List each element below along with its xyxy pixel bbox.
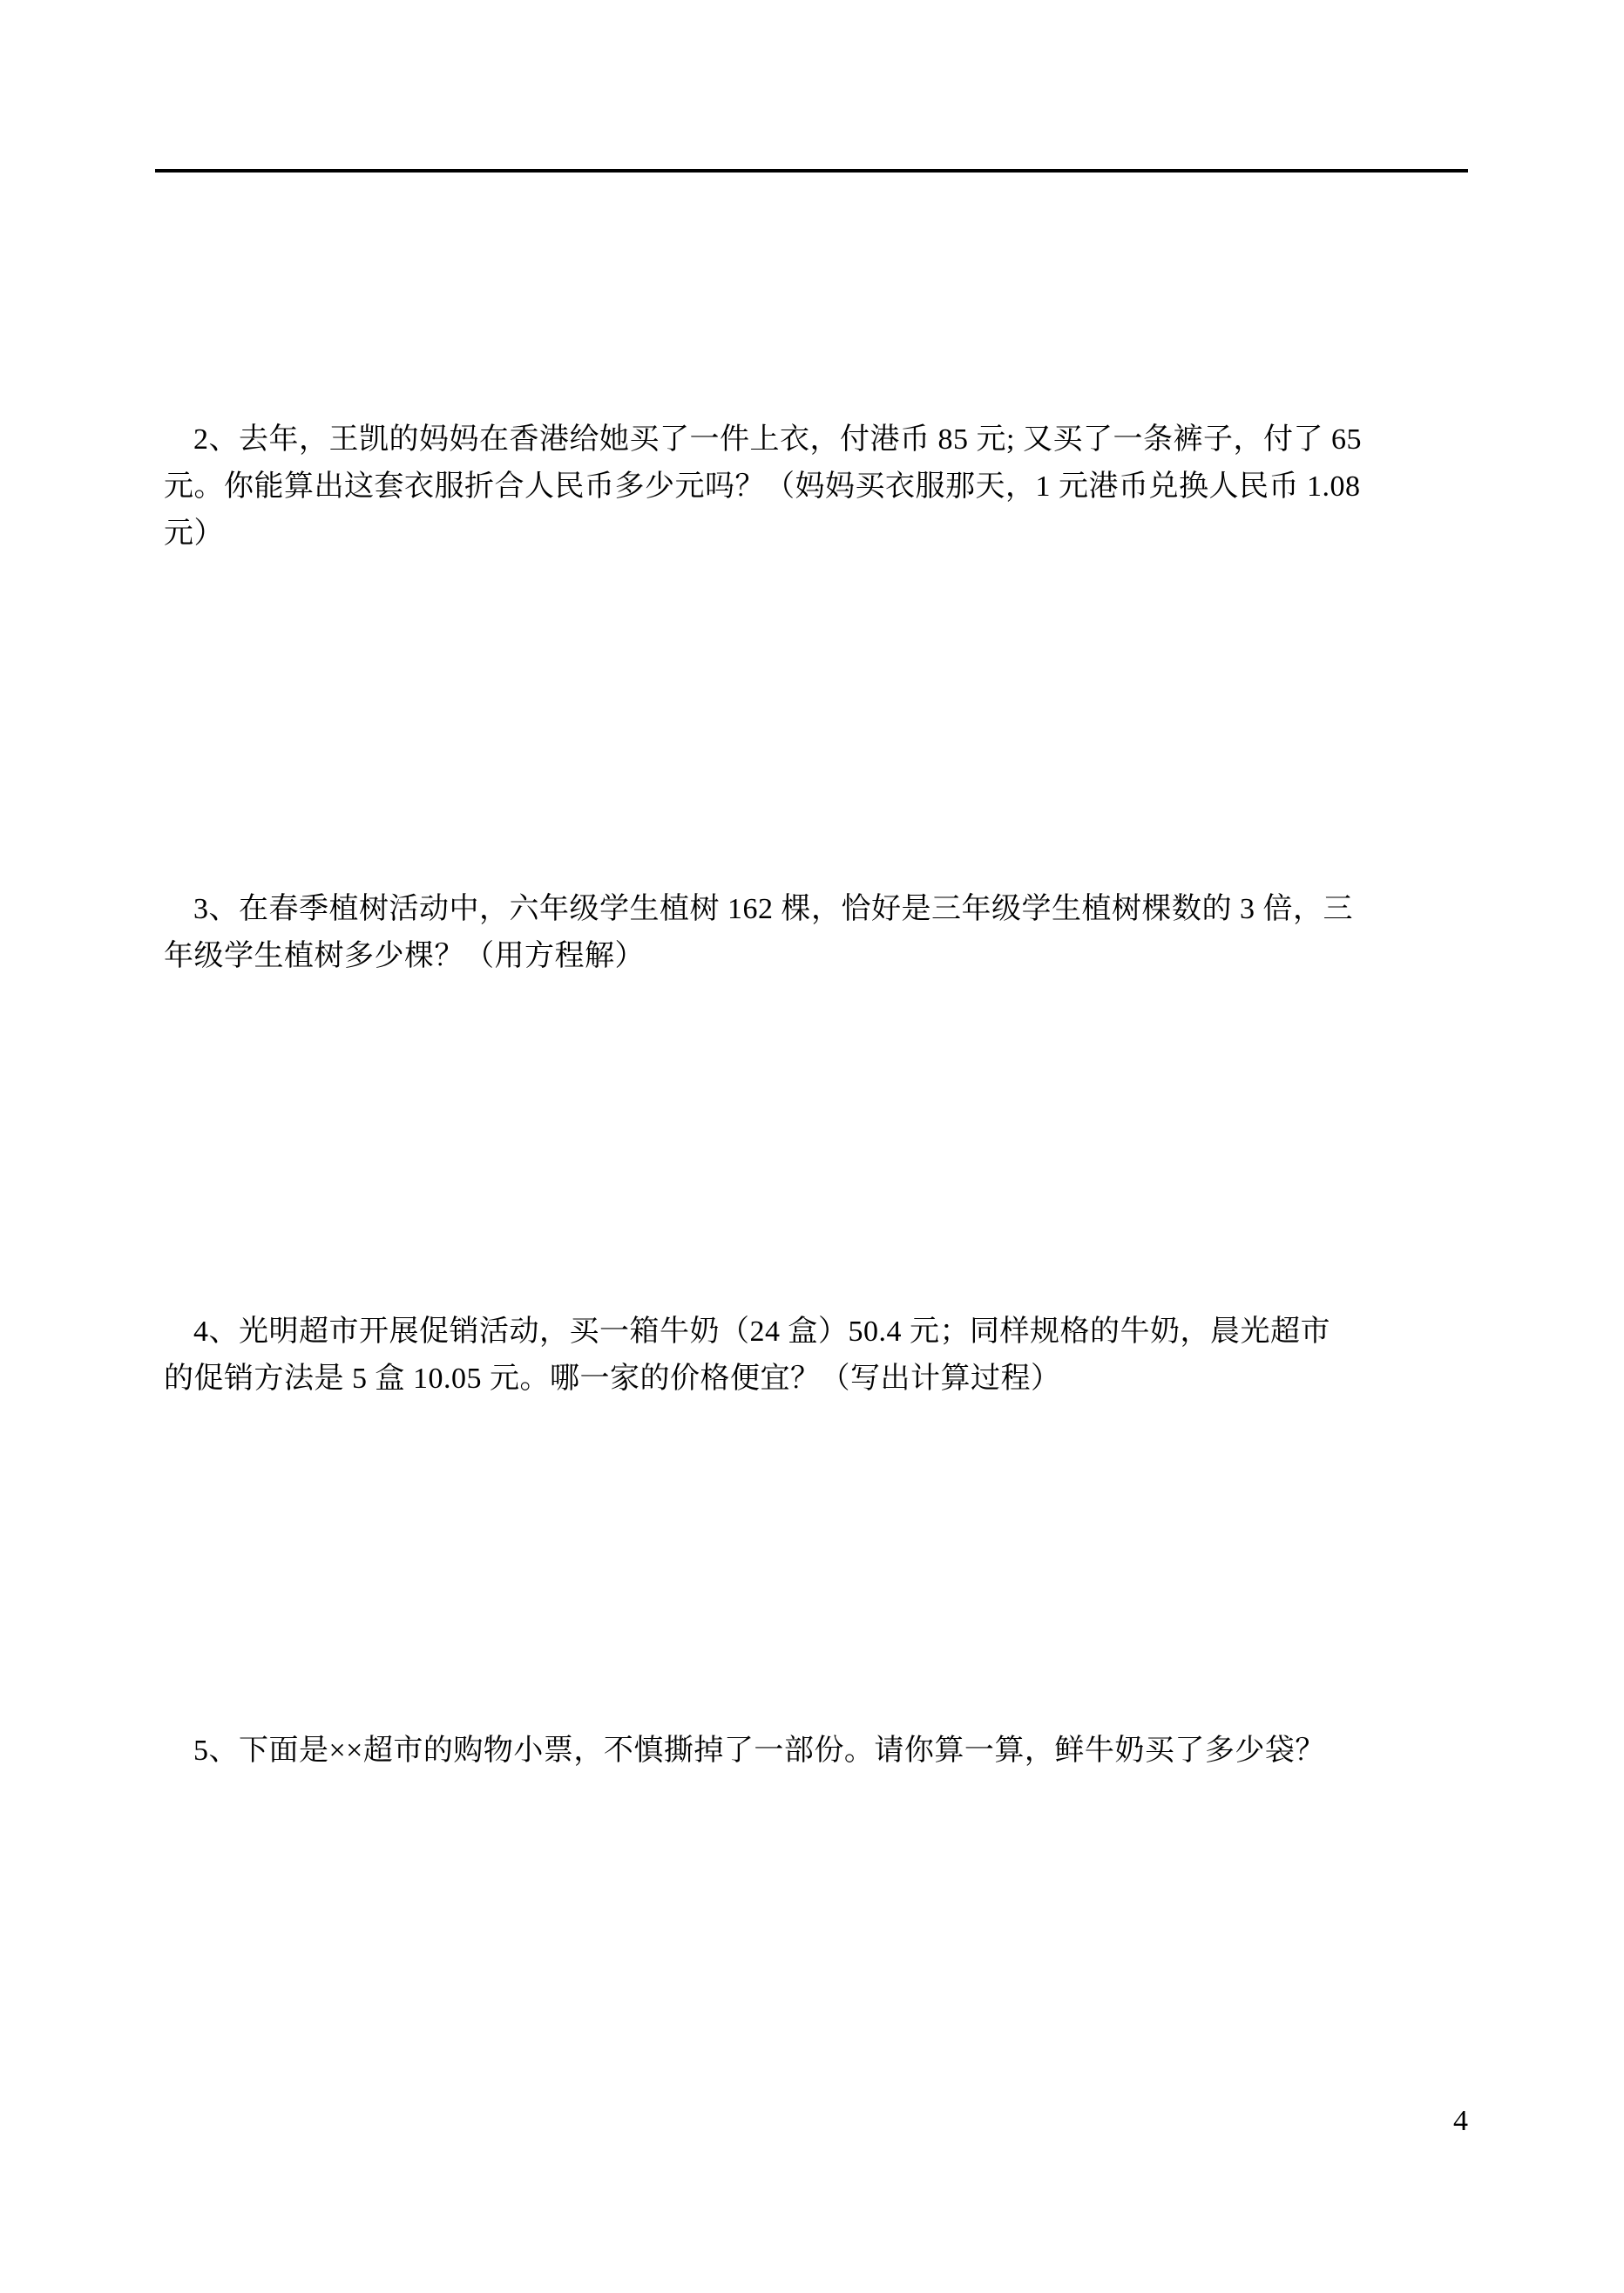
question-2-line-1: 2、去年，王凯的妈妈在香港给她买了一件上衣，付港币 85 元; 又买了一条裤子，… (164, 416, 1471, 463)
page-number: 4 (1453, 2098, 1468, 2145)
question-2-line-2: 元。你能算出这套衣服折合人民币多少元吗？（妈妈买衣服那天，1 元港币兑换人民币 … (164, 463, 1471, 511)
question-3-line-1: 3、在春季植树活动中，六年级学生植树 162 棵，恰好是三年级学生植树棵数的 3… (164, 886, 1471, 933)
header-divider-rule (155, 169, 1468, 172)
worksheet-page: 2、去年，王凯的妈妈在香港给她买了一件上衣，付港币 85 元; 又买了一条裤子，… (0, 0, 1624, 2293)
question-2-line-3: 元） (164, 511, 1471, 558)
question-4-line-1: 4、光明超市开展促销活动，买一箱牛奶（24 盒）50.4 元；同样规格的牛奶，晨… (164, 1309, 1471, 1356)
question-5-line-1: 5、下面是××超市的购物小票，不慎撕掉了一部份。请你算一算，鲜牛奶买了多少袋？ (164, 1728, 1471, 1775)
question-5: 5、下面是××超市的购物小票，不慎撕掉了一部份。请你算一算，鲜牛奶买了多少袋？ (164, 1728, 1471, 1775)
question-2: 2、去年，王凯的妈妈在香港给她买了一件上衣，付港币 85 元; 又买了一条裤子，… (164, 416, 1471, 558)
question-4-line-2: 的促销方法是 5 盒 10.05 元。哪一家的价格便宜？（写出计算过程） (164, 1356, 1471, 1403)
question-3-line-2: 年级学生植树多少棵？（用方程解） (164, 933, 1471, 980)
question-3: 3、在春季植树活动中，六年级学生植树 162 棵，恰好是三年级学生植树棵数的 3… (164, 886, 1471, 980)
question-4: 4、光明超市开展促销活动，买一箱牛奶（24 盒）50.4 元；同样规格的牛奶，晨… (164, 1309, 1471, 1403)
